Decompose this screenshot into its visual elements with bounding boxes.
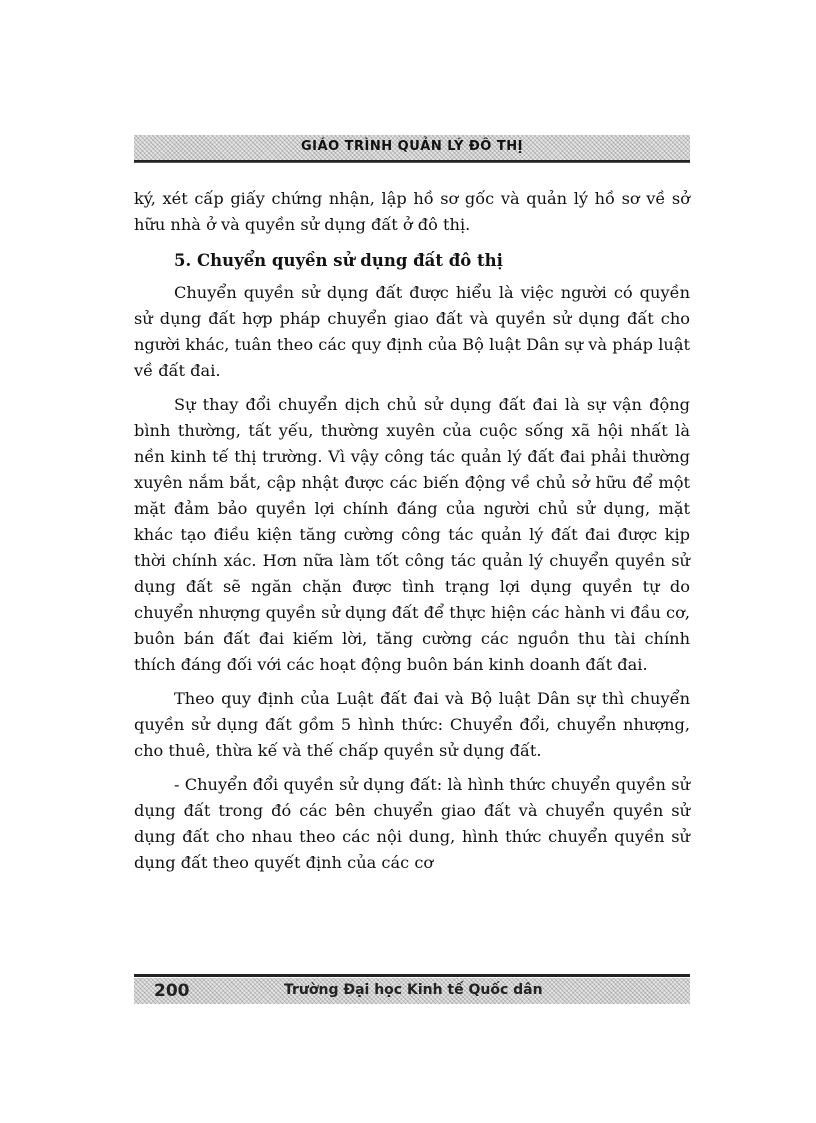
- book-page: GIÁO TRÌNH QUẢN LÝ ĐÔ THỊ ký, xét cấp gi…: [0, 0, 816, 1123]
- running-footer: 200 Trường Đại học Kinh tế Quốc dân: [134, 978, 690, 1004]
- continued-paragraph: ký, xét cấp giấy chứng nhận, lập hồ sơ g…: [134, 186, 690, 238]
- paragraph-exchange: - Chuyển đổi quyền sử dụng đất: là hình …: [134, 772, 690, 876]
- running-header: GIÁO TRÌNH QUẢN LÝ ĐÔ THỊ: [134, 135, 690, 160]
- paragraph-forms: Theo quy định của Luật đất đai và Bộ luậ…: [134, 686, 690, 764]
- section-heading: 5. Chuyển quyền sử dụng đất đô thị: [134, 248, 690, 274]
- book-title: GIÁO TRÌNH QUẢN LÝ ĐÔ THỊ: [301, 139, 523, 154]
- paragraph-importance: Sự thay đổi chuyển dịch chủ sử dụng đất …: [134, 392, 690, 678]
- page-number: 200: [154, 981, 190, 1001]
- page-body: ký, xét cấp giấy chứng nhận, lập hồ sơ g…: [134, 186, 690, 876]
- footer-divider: [134, 974, 690, 977]
- header-divider: [134, 160, 690, 163]
- paragraph-definition: Chuyển quyền sử dụng đất được hiểu là vi…: [134, 280, 690, 384]
- publisher-name: Trường Đại học Kinh tế Quốc dân: [284, 982, 543, 998]
